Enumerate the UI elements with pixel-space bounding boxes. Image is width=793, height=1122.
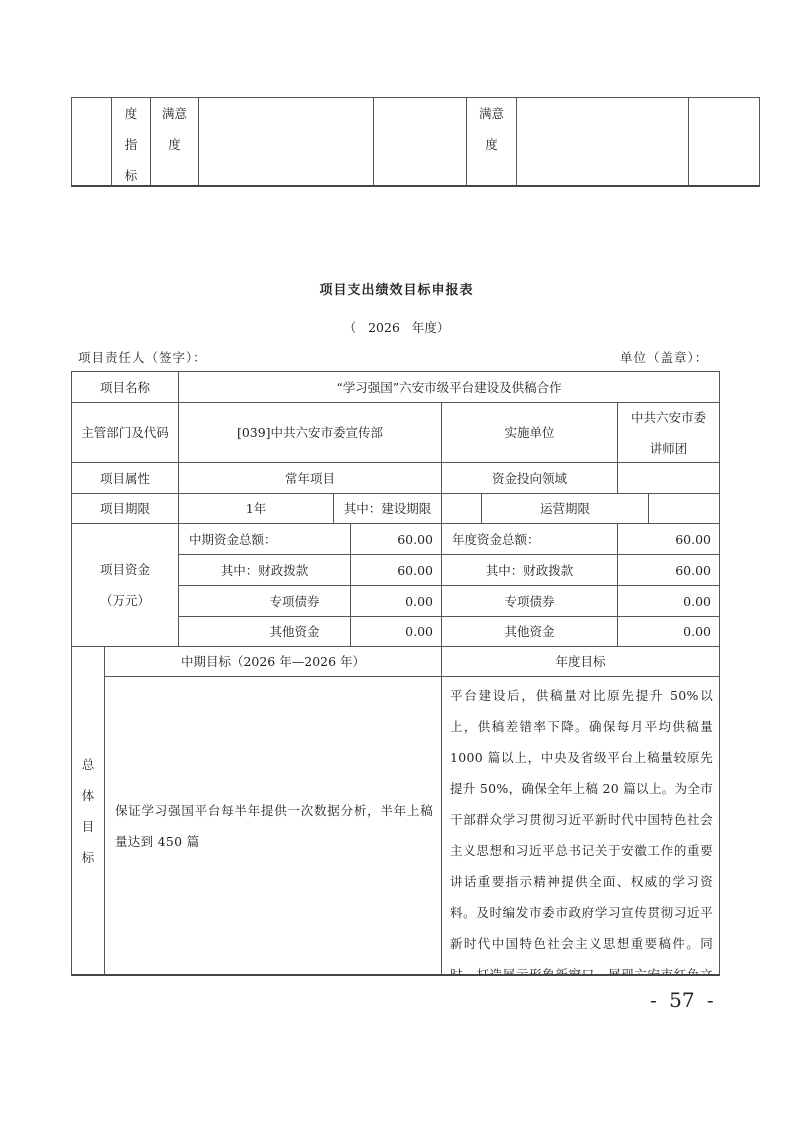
- mid-bond-value: 0.00: [350, 585, 442, 617]
- top-satisfaction-label-2: 满意 度: [466, 97, 517, 187]
- mid-total-label: 中期资金总额：: [178, 523, 351, 555]
- char: 总: [82, 749, 95, 780]
- mid-goal-cell: 保证学习强国平台每半年提供一次数据分析，半年上稿量达到 450 篇: [104, 676, 442, 976]
- top-cell-empty: [688, 97, 760, 187]
- mid-total-value: 60.00: [350, 523, 442, 555]
- text: 项目资金: [100, 554, 150, 585]
- mid-goal-header: 中期目标（2026 年—2026 年）: [104, 646, 442, 677]
- year-other-value: 0.00: [617, 616, 720, 647]
- attribute-label: 项目属性: [71, 462, 179, 494]
- mid-fiscal-value: 60.00: [350, 554, 442, 586]
- year-bond-value: 0.00: [617, 585, 720, 617]
- text: 讲师团: [650, 433, 688, 464]
- top-cell-empty: [373, 97, 467, 187]
- mid-goal-text: 保证学习强国平台每半年提供一次数据分析，半年上稿量达到 450 篇: [115, 795, 433, 857]
- operation-period-label: 运营期限: [481, 493, 649, 524]
- text: 满意: [479, 98, 504, 129]
- page-number: - 57 -: [650, 988, 714, 1012]
- department-label: 主管部门及代码: [71, 402, 179, 463]
- mid-other-label: 其他资金: [178, 616, 351, 647]
- year-total-value: 60.00: [617, 523, 720, 555]
- char: 标: [82, 842, 95, 873]
- project-name-label: 项目名称: [71, 371, 179, 403]
- year-total-label: 年度资金总额：: [441, 523, 618, 555]
- char: 目: [82, 811, 95, 842]
- top-cell-empty: [516, 97, 689, 187]
- construction-period-value: [441, 493, 482, 524]
- year-fiscal-value: 60.00: [617, 554, 720, 586]
- mid-bond-label: 专项债券: [178, 585, 351, 617]
- mid-fiscal-label: 其中：财政拨款: [178, 554, 351, 586]
- char: 指: [125, 129, 138, 160]
- fund-field-value: [617, 462, 720, 494]
- top-cell-empty: [198, 97, 374, 187]
- char: 度: [125, 98, 138, 129]
- char: 标: [125, 160, 138, 191]
- text: 中共六安市委: [631, 402, 706, 433]
- period-value: 1年: [178, 493, 334, 524]
- year-goal-header: 年度目标: [441, 646, 720, 677]
- project-name-value: “学习强国”六安市级平台建设及供稿合作: [178, 371, 720, 403]
- text: 满意: [162, 98, 187, 129]
- year-other-label: 其他资金: [441, 616, 618, 647]
- year-goal-text: 平台建设后，供稿量对比原先提升 50%以上，供稿差错率下降。确保每月平均供稿量 …: [441, 676, 720, 976]
- funds-label: 项目资金 （万元）: [71, 523, 179, 647]
- top-satisfaction-label: 满意 度: [150, 97, 199, 187]
- construction-period-label: 其中：建设期限: [333, 493, 442, 524]
- char: 体: [82, 780, 95, 811]
- mid-other-value: 0.00: [350, 616, 442, 647]
- implementing-unit-value: 中共六安市委 讲师团: [617, 402, 720, 463]
- implementing-unit-label: 实施单位: [441, 402, 618, 463]
- department-value: [039]中共六安市委宣传部: [178, 402, 442, 463]
- responsible-person-label: 项目责任人（签字）：: [78, 348, 207, 366]
- unit-seal-label: 单位（盖章）：: [620, 348, 708, 366]
- text: 度: [168, 129, 181, 160]
- overall-goal-label: 总 体 目 标: [71, 646, 105, 976]
- top-col-blank: [71, 97, 112, 187]
- text: （万元）: [100, 585, 150, 616]
- top-indicator-label: 度 指 标: [111, 97, 151, 187]
- year-fiscal-label: 其中：财政拨款: [441, 554, 618, 586]
- year-bond-label: 专项债券: [441, 585, 618, 617]
- attribute-value: 常年项目: [178, 462, 442, 494]
- form-year: （ 2026 年度）: [0, 318, 793, 336]
- fund-field-label: 资金投向领域: [441, 462, 618, 494]
- text: 度: [485, 129, 498, 160]
- operation-period-value: [648, 493, 720, 524]
- period-label: 项目期限: [71, 493, 179, 524]
- form-title: 项目支出绩效目标申报表: [0, 279, 793, 298]
